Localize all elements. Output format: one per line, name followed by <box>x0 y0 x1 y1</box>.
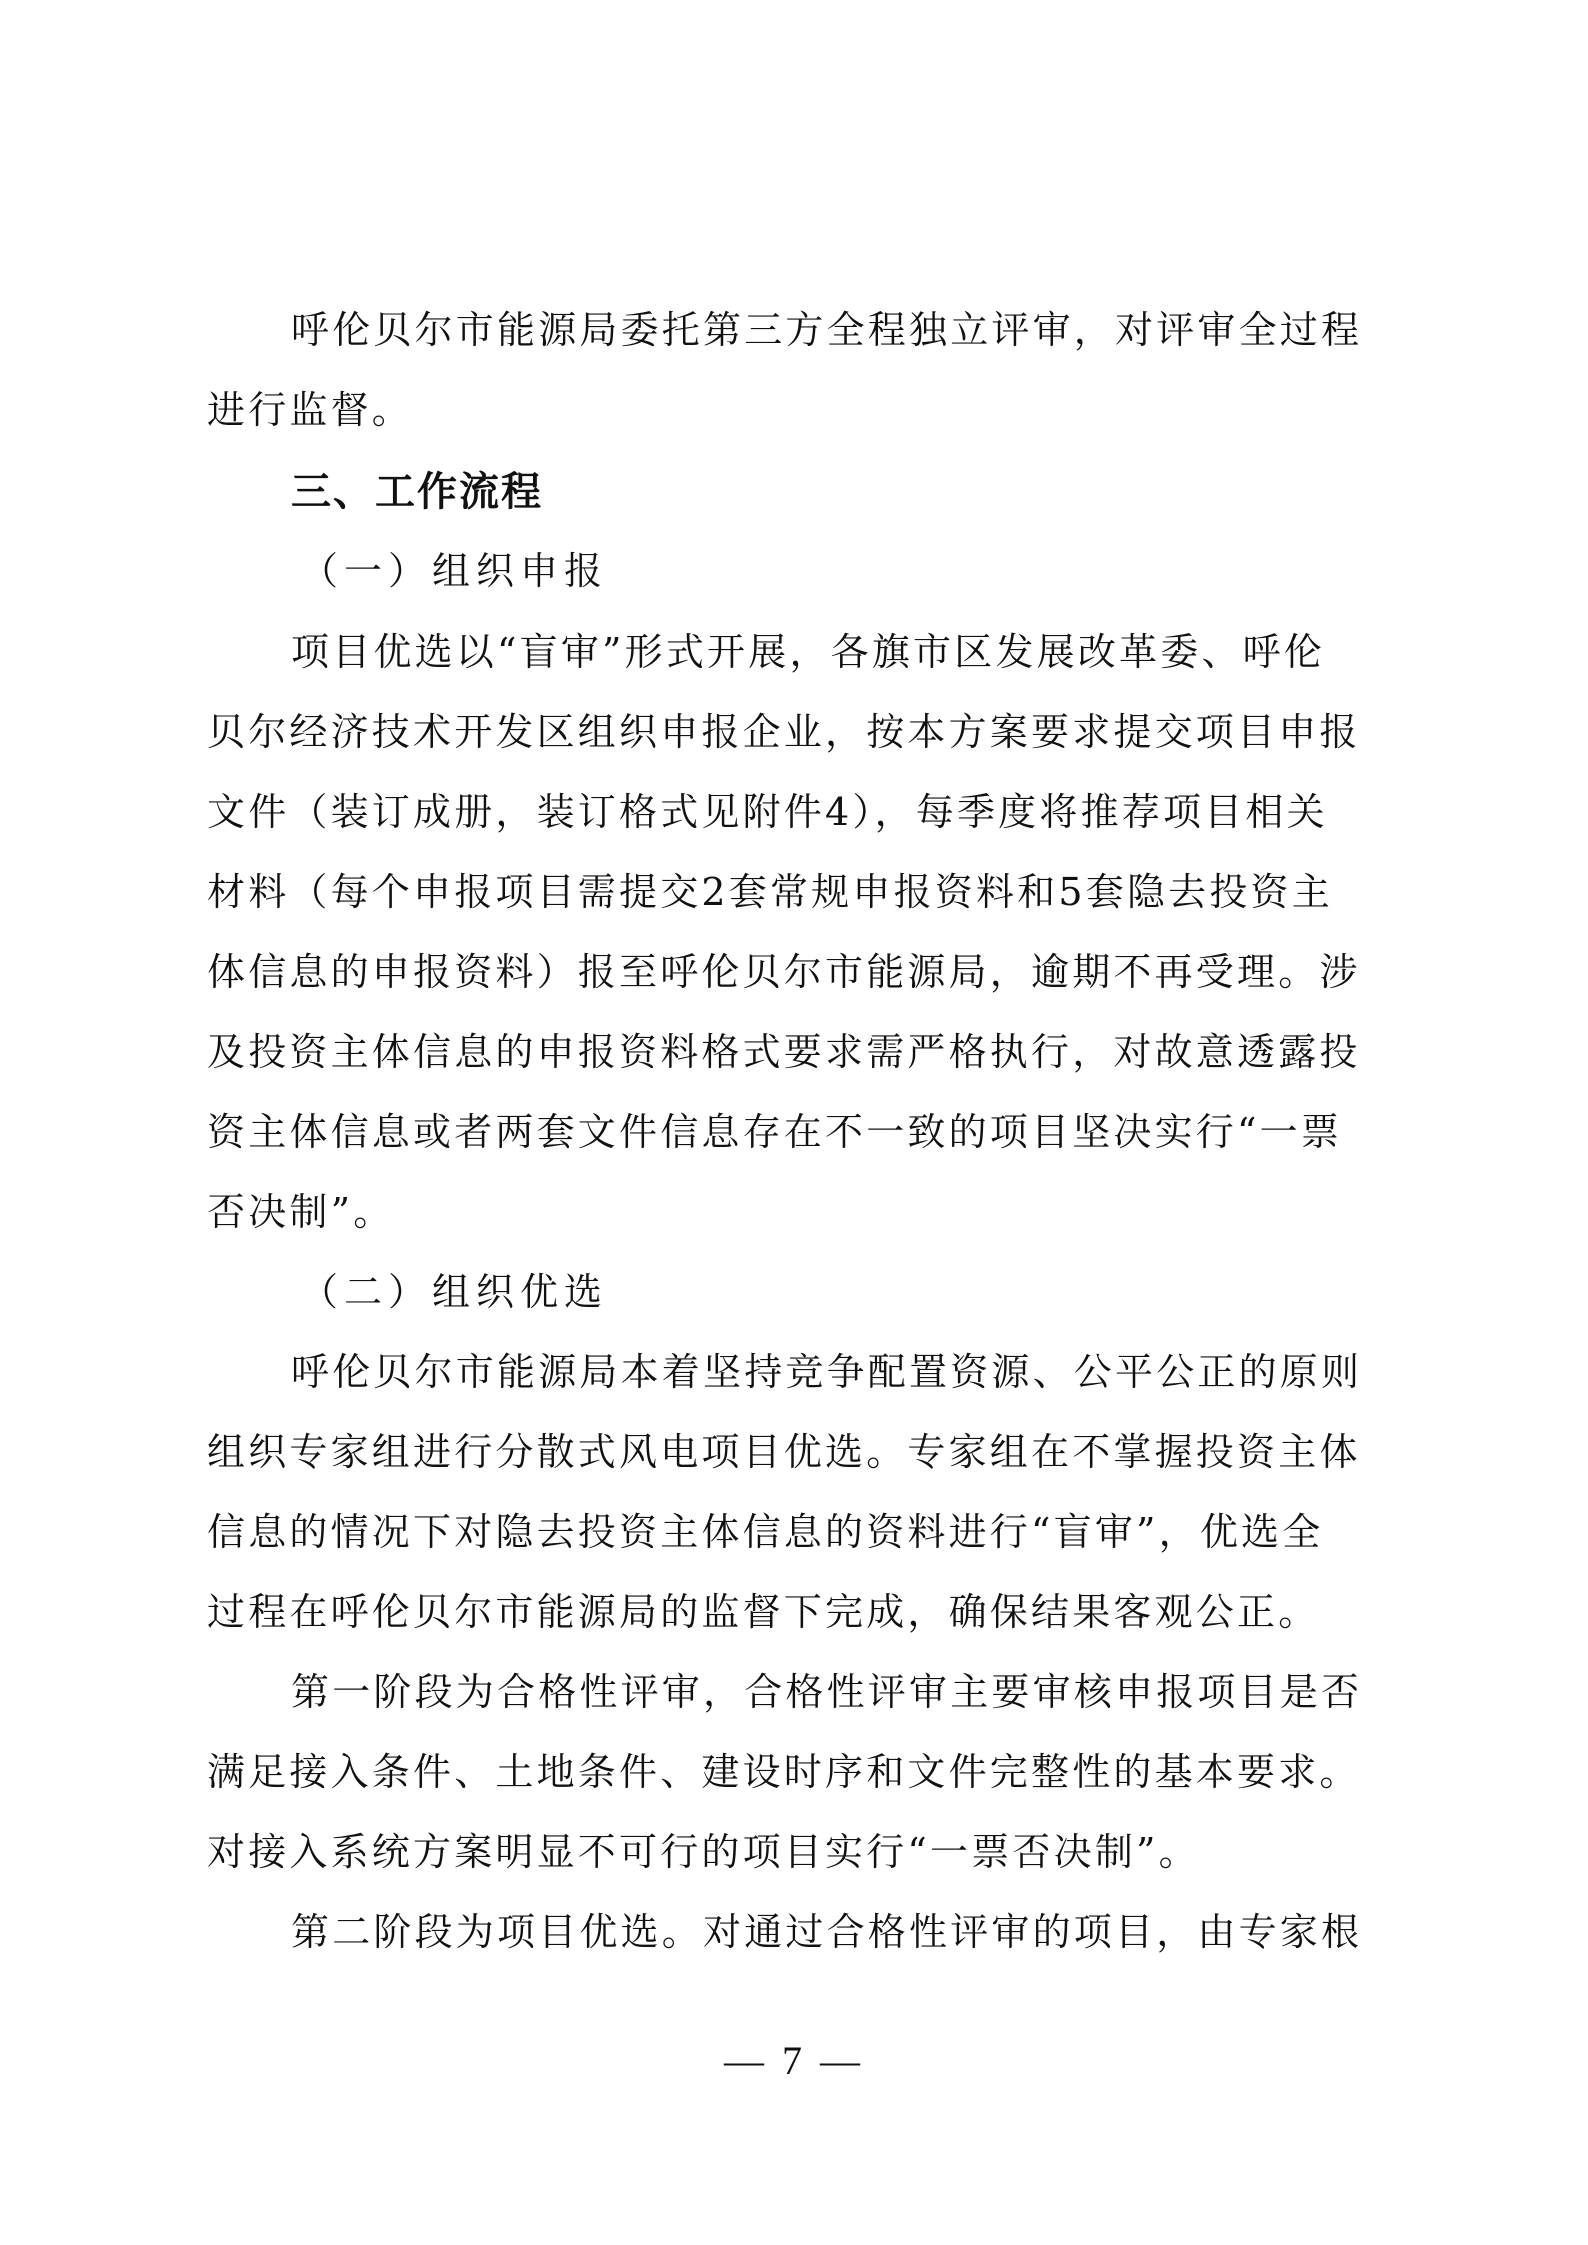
paragraph-line: 项目优选以“盲审”形式开展，各旗市区发展改革委、呼伦 <box>291 622 1471 682</box>
paragraph-line: 材料（每个申报项目需提交2套常规申报资料和5套隐去投资主 <box>207 862 1387 922</box>
subsection-heading: （一）组织申报 <box>300 541 608 601</box>
paragraph-line: 体信息的申报资料）报至呼伦贝尔市能源局，逾期不再受理。涉 <box>207 942 1387 1002</box>
page-number: — 7 — <box>0 2036 1588 2086</box>
paragraph-line: 进行监督。 <box>207 380 1387 440</box>
paragraph-line: 文件（装订成册，装订格式见附件4），每季度将推荐项目相关 <box>207 782 1387 842</box>
paragraph-line: 否决制”。 <box>207 1182 1387 1242</box>
paragraph-line: 资主体信息或者两套文件信息存在不一致的项目坚决实行“一票 <box>207 1102 1387 1162</box>
paragraph-line: 过程在呼伦贝尔市能源局的监督下完成，确保结果客观公正。 <box>207 1582 1387 1642</box>
paragraph-line: 及投资主体信息的申报资料格式要求需严格执行，对故意透露投 <box>207 1022 1387 1082</box>
document-page: 呼伦贝尔市能源局委托第三方全程独立评审，对评审全过程 进行监督。 三、工作流程 … <box>0 0 1588 2245</box>
paragraph-line: 贝尔经济技术开发区组织申报企业，按本方案要求提交项目申报 <box>207 702 1387 762</box>
paragraph-line: 呼伦贝尔市能源局委托第三方全程独立评审，对评审全过程 <box>291 300 1471 360</box>
paragraph-line: 对接入系统方案明显不可行的项目实行“一票否决制”。 <box>207 1822 1387 1882</box>
section-heading: 三、工作流程 <box>291 462 543 522</box>
paragraph-line: 第一阶段为合格性评审，合格性评审主要审核申报项目是否 <box>291 1662 1471 1722</box>
paragraph-line: 第二阶段为项目优选。对通过合格性评审的项目，由专家根 <box>291 1902 1471 1962</box>
subsection-heading: （二）组织优选 <box>300 1262 608 1322</box>
paragraph-line: 呼伦贝尔市能源局本着坚持竞争配置资源、公平公正的原则 <box>291 1342 1471 1402</box>
paragraph-line: 组织专家组进行分散式风电项目优选。专家组在不掌握投资主体 <box>207 1422 1387 1482</box>
paragraph-line: 信息的情况下对隐去投资主体信息的资料进行“盲审”，优选全 <box>207 1502 1387 1562</box>
paragraph-line: 满足接入条件、土地条件、建设时序和文件完整性的基本要求。 <box>207 1742 1387 1802</box>
